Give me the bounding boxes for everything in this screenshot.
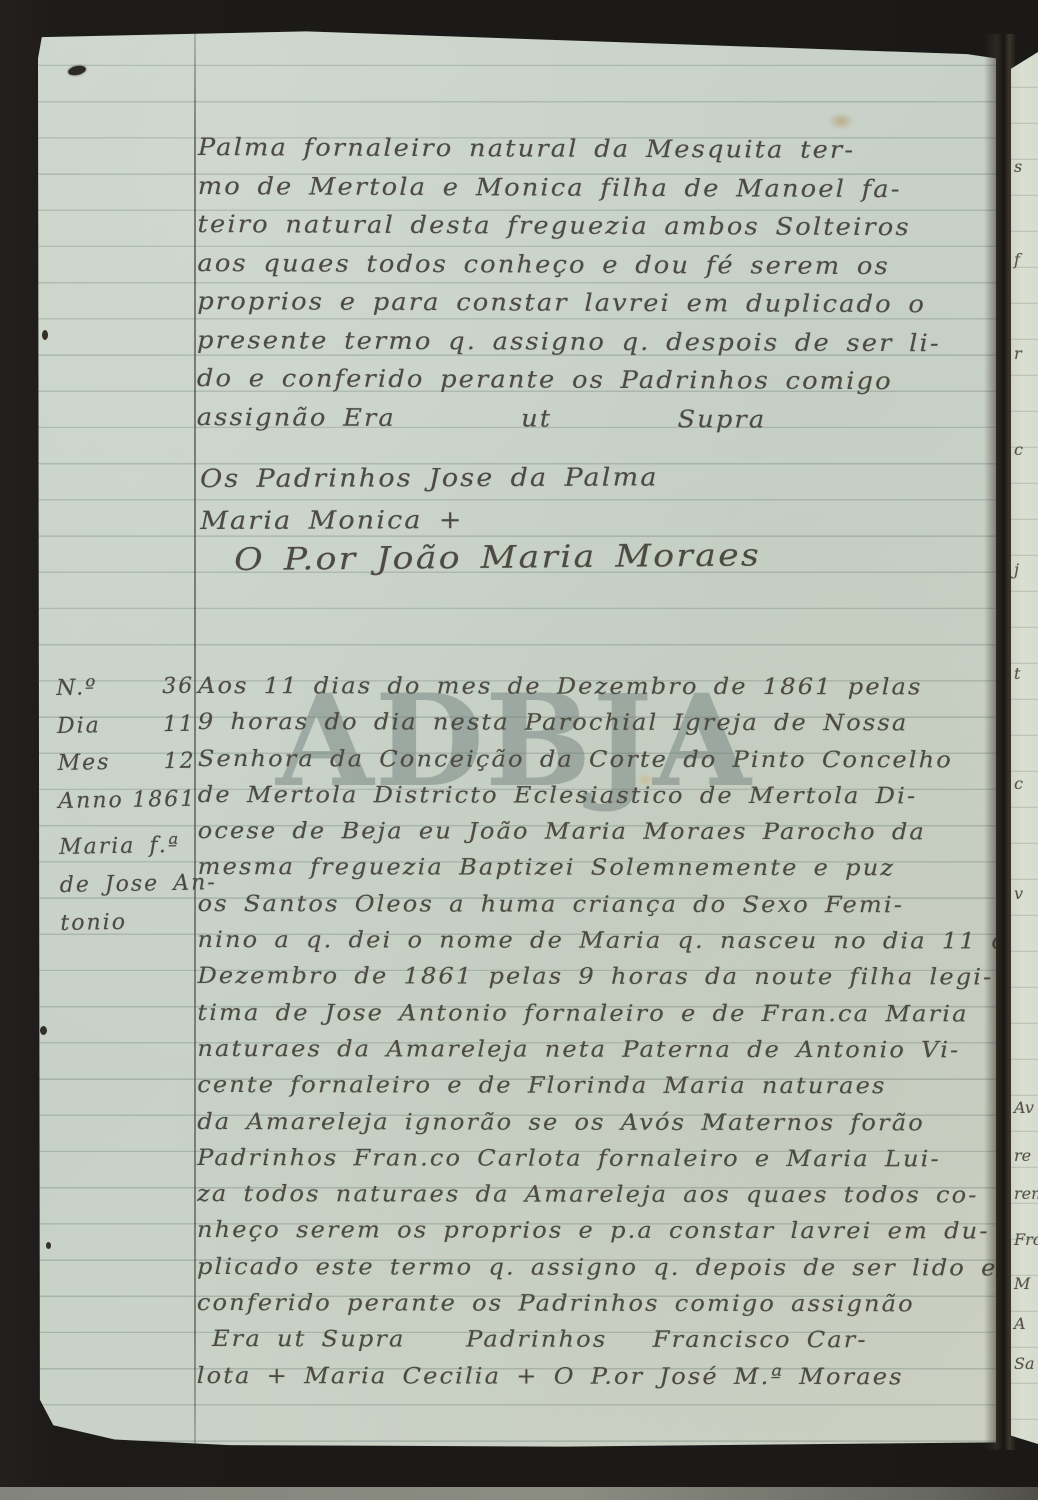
record-line: Era ut Supra Padrinhos Francisco Car- [197,1321,1025,1359]
margin-name-line: Maria f.ª [59,827,198,867]
priest-signature: O P.or João Maria Moraes [234,537,761,578]
margin-name-line: tonio [60,902,199,942]
record-line: Padrinhos Fran.co Carlota fornaleiro e M… [197,1140,1025,1178]
record-line: do e conferido perante os Padrinhos comi… [197,359,941,401]
record-line: Aos 11 dias do mes de Dezembro de 1861 p… [198,668,1026,706]
margin-value: 1861 [132,780,197,819]
next-page-fragment: Fro [1014,1230,1038,1249]
godparents-signatures: Os Padrinhos Jose da Palma Maria Monica … [200,456,659,542]
record-line: Dezembro de 1861 pelas 9 horas da noute … [197,958,1025,996]
next-page-fragment: c [1014,774,1023,793]
record-line: lota + Maria Cecilia + O P.or José M.ª M… [197,1358,1025,1396]
margin-row-day: Dia 11 [57,705,196,745]
record-line: nino a q. dei o nome de Maria q. nasceu … [197,922,1025,960]
scanned-register-photo: ADBJA Palma fornaleiro natural da Mesqui… [0,0,1038,1500]
record-line: ocese de Beja eu João Maria Moraes Paroc… [198,813,1026,851]
next-page-fragment: r [1014,344,1022,363]
record-line: nheço serem os proprios e p.a constar la… [197,1212,1025,1250]
margin-label: N.º [56,669,98,707]
witness-line: Os Padrinhos Jose da Palma [200,456,659,500]
paper-speck [40,1026,47,1035]
record-line: da Amareleja ignorão se os Avós Maternos… [197,1104,1025,1142]
next-page-fragment: rem [1014,1184,1038,1203]
baptism-record-2-text: Aos 11 dias do mes de Dezembro de 1861 p… [197,668,1027,1395]
ink-spot [67,64,86,77]
witness-line: Maria Monica + [200,498,659,542]
next-page-fragment: c [1014,440,1023,459]
record-line: naturaes da Amareleja neta Paterna de An… [197,1031,1025,1069]
margin-name-line: de Jose An- [59,865,198,905]
paper-speck [42,330,48,340]
paper-speck [46,1242,51,1249]
next-page-fragment: A [1014,1314,1026,1333]
record-line: de Mertola Districto Eclesiastico de Mer… [198,777,1026,815]
record-line: aos quaes todos conheço e dou fé serem o… [197,243,941,285]
next-page-fragment: v [1014,884,1023,903]
next-page-fragment: M [1014,1274,1030,1293]
margin-annotations: N.º 36 Dia 11 Mes 12 Anno 1861 Maria f.ª… [56,668,199,943]
next-page-fragment: s [1014,157,1022,176]
record-line: 9 horas do dia nesta Parochial Igreja de… [198,704,1026,742]
margin-label: Anno [58,782,124,821]
margin-value: 36 [162,668,195,706]
scan-bottom-strip [0,1487,1038,1500]
record-line: Palma fornaleiro natural da Mesquita ter… [198,128,942,170]
record-line: os Santos Oleos a huma criança do Sexo F… [198,886,1026,924]
record-line: plicado este termo q. assigno q. depois … [197,1249,1025,1287]
record-line: za todos naturaes da Amareleja aos quaes… [197,1176,1025,1214]
baptism-record-1-text: Palma fornaleiro natural da Mesquita ter… [197,128,942,439]
record-line: mesma freguezia Baptizei Solemnemente e … [198,849,1026,887]
record-line: tima de Jose Antonio fornaleiro e de Fra… [197,995,1025,1033]
record-line: Senhora da Conceição da Corte do Pinto C… [198,741,1026,779]
next-page-fragment: Sa [1014,1354,1035,1373]
next-page-fragment: Av [1014,1098,1034,1117]
margin-label: Mes [57,744,110,783]
paper-stain [828,112,854,130]
record-line: teiro natural desta freguezia ambos Solt… [197,205,941,247]
margin-row-number: N.º 36 [56,668,195,708]
record-line: presente termo q. assigno q. despois de … [197,320,941,362]
next-page-fragment: f [1014,250,1020,269]
record-line: cente fornaleiro e de Florinda Maria nat… [197,1067,1025,1105]
next-page-fragment: t [1014,664,1020,683]
record-line: assignão Era ut Supra [197,397,941,439]
next-page-fragment: j [1014,560,1019,579]
next-page-edge: s f r c j t c v Av re rem Fro M A Sa [1011,52,1038,1444]
register-page: ADBJA Palma fornaleiro natural da Mesqui… [38,30,996,1448]
next-page-fragment: re [1014,1146,1031,1165]
margin-label: Dia [57,707,101,745]
margin-value: 12 [163,743,196,781]
record-line: conferido perante os Padrinhos comigo as… [197,1285,1025,1323]
margin-row-month: Mes 12 [57,743,196,783]
record-line: proprios e para constar lavrei em duplic… [197,282,941,324]
margin-value: 11 [163,705,196,743]
record-line: mo de Mertola e Monica filha de Manoel f… [198,166,942,208]
margin-row-year: Anno 1861 [58,780,197,820]
